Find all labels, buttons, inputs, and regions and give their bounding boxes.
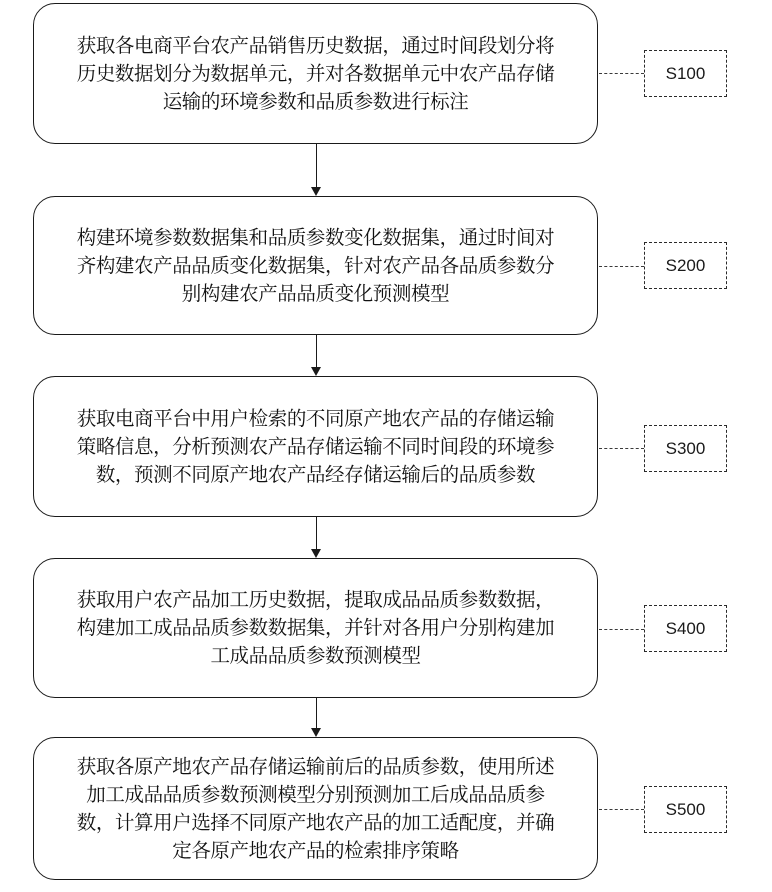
arrow-s100-s200 bbox=[316, 144, 317, 187]
step-label-text: S200 bbox=[666, 256, 706, 276]
step-line: 构建环境参数数据集和品质参数变化数据集，通过时间对 bbox=[77, 224, 555, 252]
step-box-s300: 获取电商平台中用户检索的不同原产地农产品的存储运输 策略信息，分析预测农产品存储… bbox=[33, 376, 598, 517]
step-line: 策略信息，分析预测农产品存储运输不同时间段的环境参 bbox=[77, 433, 555, 461]
step-line: 获取各原产地农产品存储运输前后的品质参数，使用所述 bbox=[77, 753, 555, 781]
leader-line-s300 bbox=[599, 448, 644, 449]
step-label-s300: S300 bbox=[644, 425, 727, 472]
leader-line-s200 bbox=[599, 266, 644, 267]
step-line: 齐构建农产品品质变化数据集，针对农产品各品质参数分 bbox=[77, 252, 555, 280]
step-line: 数，预测不同原产地农产品经存储运输后的品质参数 bbox=[77, 461, 555, 489]
step-line: 获取电商平台中用户检索的不同原产地农产品的存储运输 bbox=[77, 405, 555, 433]
step-line: 构建加工成品品质参数数据集，并针对各用户分别构建加 bbox=[77, 614, 555, 642]
step-text-s400: 获取用户农产品加工历史数据，提取成品品质参数数据， 构建加工成品品质参数数据集，… bbox=[77, 586, 555, 670]
leader-line-s500 bbox=[599, 809, 644, 810]
arrow-s400-s500 bbox=[316, 698, 317, 728]
step-label-text: S400 bbox=[666, 619, 706, 639]
step-text-s200: 构建环境参数数据集和品质参数变化数据集，通过时间对 齐构建农产品品质变化数据集，… bbox=[77, 224, 555, 308]
step-line: 定各原产地农产品的检索排序策略 bbox=[77, 837, 555, 865]
step-line: 别构建农产品品质变化预测模型 bbox=[77, 280, 555, 308]
step-label-text: S300 bbox=[666, 439, 706, 459]
step-label-s400: S400 bbox=[644, 605, 727, 652]
step-box-s200: 构建环境参数数据集和品质参数变化数据集，通过时间对 齐构建农产品品质变化数据集，… bbox=[33, 196, 598, 335]
step-box-s100: 获取各电商平台农产品销售历史数据，通过时间段划分将 历史数据划分为数据单元，并对… bbox=[33, 3, 598, 144]
step-label-s100: S100 bbox=[644, 50, 727, 97]
step-text-s100: 获取各电商平台农产品销售历史数据，通过时间段划分将 历史数据划分为数据单元，并对… bbox=[77, 32, 555, 116]
step-text-s500: 获取各原产地农产品存储运输前后的品质参数，使用所述 加工成品品质参数预测模型分别… bbox=[77, 753, 555, 865]
step-line: 工成品品质参数预测模型 bbox=[77, 642, 555, 670]
step-line: 运输的环境参数和品质参数进行标注 bbox=[77, 88, 555, 116]
arrow-s300-s400 bbox=[316, 517, 317, 549]
step-line: 获取各电商平台农产品销售历史数据，通过时间段划分将 bbox=[77, 32, 555, 60]
arrow-s200-s300 bbox=[316, 335, 317, 367]
arrow-head-icon bbox=[311, 728, 321, 737]
step-box-s400: 获取用户农产品加工历史数据，提取成品品质参数数据， 构建加工成品品质参数数据集，… bbox=[33, 558, 598, 698]
step-line: 历史数据划分为数据单元，并对各数据单元中农产品存储 bbox=[77, 60, 555, 88]
arrow-head-icon bbox=[311, 549, 321, 558]
step-label-text: S100 bbox=[666, 64, 706, 84]
step-box-s500: 获取各原产地农产品存储运输前后的品质参数，使用所述 加工成品品质参数预测模型分别… bbox=[33, 737, 598, 880]
step-label-text: S500 bbox=[666, 800, 706, 820]
step-line: 获取用户农产品加工历史数据，提取成品品质参数数据， bbox=[77, 586, 555, 614]
step-label-s200: S200 bbox=[644, 242, 727, 289]
leader-line-s400 bbox=[599, 629, 644, 630]
arrow-head-icon bbox=[311, 187, 321, 196]
step-text-s300: 获取电商平台中用户检索的不同原产地农产品的存储运输 策略信息，分析预测农产品存储… bbox=[77, 405, 555, 489]
arrow-head-icon bbox=[311, 367, 321, 376]
leader-line-s100 bbox=[599, 73, 644, 74]
step-line: 加工成品品质参数预测模型分别预测加工后成品品质参 bbox=[77, 781, 555, 809]
step-line: 数，计算用户选择不同原产地农产品的加工适配度，并确 bbox=[77, 809, 555, 837]
step-label-s500: S500 bbox=[644, 786, 727, 833]
